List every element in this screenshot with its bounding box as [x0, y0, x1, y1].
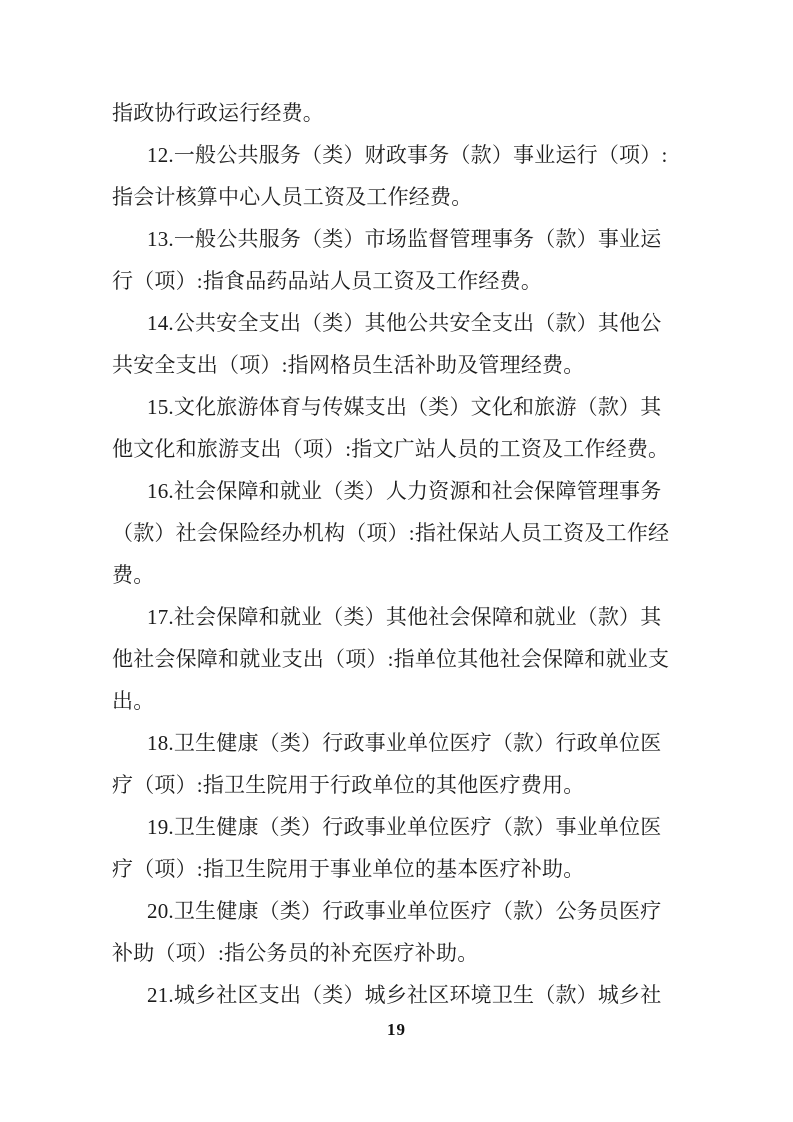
text-line: 疗（项）:指卫生院用于行政单位的其他医疗费用。 [112, 764, 687, 806]
text-line: 出。 [112, 680, 687, 722]
text-line: 指政协行政运行经费。 [112, 92, 687, 134]
text-line: 补助（项）:指公务员的补充医疗补助。 [112, 932, 687, 974]
document-page: 指政协行政运行经费。12.一般公共服务（类）财政事务（款）事业运行（项）:指会计… [0, 0, 793, 1122]
text-line: 18.卫生健康（类）行政事业单位医疗（款）行政单位医 [112, 722, 687, 764]
text-line: 21.城乡社区支出（类）城乡社区环境卫生（款）城乡社 [112, 974, 687, 1016]
text-line: 13.一般公共服务（类）市场监督管理事务（款）事业运 [112, 218, 687, 260]
text-line: 他社会保障和就业支出（项）:指单位其他社会保障和就业支 [112, 638, 687, 680]
text-line: 他文化和旅游支出（项）:指文广站人员的工资及工作经费。 [112, 428, 687, 470]
text-line: 费。 [112, 554, 687, 596]
page-footer: 19 [0, 1020, 793, 1040]
text-line: 16.社会保障和就业（类）人力资源和社会保障管理事务 [112, 470, 687, 512]
text-line: 20.卫生健康（类）行政事业单位医疗（款）公务员医疗 [112, 890, 687, 932]
page-number: 19 [387, 1020, 406, 1040]
document-lines: 指政协行政运行经费。12.一般公共服务（类）财政事务（款）事业运行（项）:指会计… [112, 92, 687, 1016]
text-line: 19.卫生健康（类）行政事业单位医疗（款）事业单位医 [112, 806, 687, 848]
text-line: 17.社会保障和就业（类）其他社会保障和就业（款）其 [112, 596, 687, 638]
text-line: 14.公共安全支出（类）其他公共安全支出（款）其他公 [112, 302, 687, 344]
text-line: （款）社会保险经办机构（项）:指社保站人员工资及工作经 [112, 512, 687, 554]
text-line: 15.文化旅游体育与传媒支出（类）文化和旅游（款）其 [112, 386, 687, 428]
text-line: 疗（项）:指卫生院用于事业单位的基本医疗补助。 [112, 848, 687, 890]
text-line: 共安全支出（项）:指网格员生活补助及管理经费。 [112, 344, 687, 386]
text-line: 指会计核算中心人员工资及工作经费。 [112, 176, 687, 218]
text-line: 12.一般公共服务（类）财政事务（款）事业运行（项）: [112, 134, 687, 176]
text-line: 行（项）:指食品药品站人员工资及工作经费。 [112, 260, 687, 302]
